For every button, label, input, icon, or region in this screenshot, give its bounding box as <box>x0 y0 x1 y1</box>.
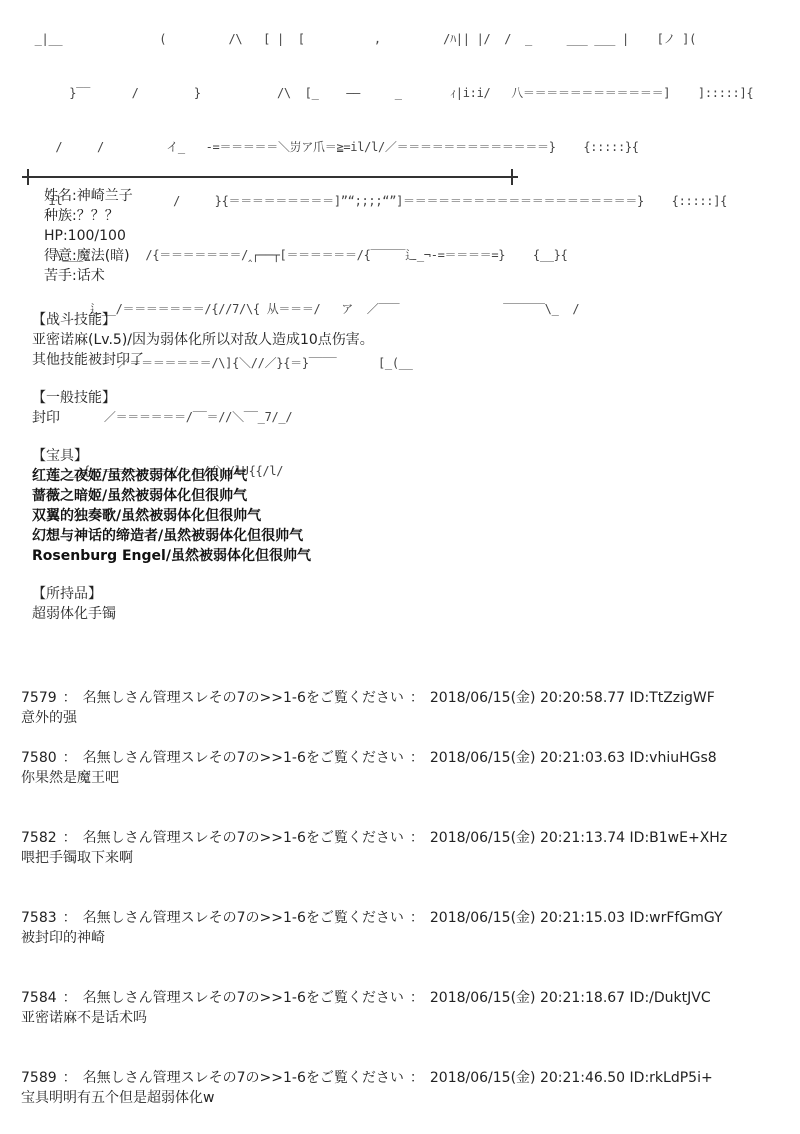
post: 7580：名無しさん管理スレその7の>>1-6をご覧ください：2018/06/1… <box>21 748 717 788</box>
post-id: ID:TtZzigWF <box>630 690 715 706</box>
post-id: ID:B1wE+XHz <box>630 830 728 846</box>
post-body: 你果然是魔王吧 <box>21 768 717 788</box>
post-author: 名無しさん管理スレその7の>>1-6をご覧ください <box>83 750 404 766</box>
post-datetime: 2018/06/15(金) 20:21:13.74 <box>430 830 625 846</box>
post-body: 被封印的神崎 <box>21 928 723 948</box>
section-title: 【战斗技能】 <box>32 310 800 330</box>
post-datetime: 2018/06/15(金) 20:21:18.67 <box>430 990 625 1006</box>
section-treasures: 【宝具】 红莲之夜姬/虽然被弱体化但很帅气 蔷薇之暗姬/虽然被弱体化但很帅气 双… <box>0 446 800 566</box>
post-id: ID:vhiuHGs8 <box>630 750 717 766</box>
post-number: 7580 <box>21 750 57 766</box>
ascii-art-line: / / イ_ -=＝＝＝＝＝＼岃ア爪＝≧=il/l/／＝＝＝＝＝＝＝＝＝＝＝＝＝… <box>0 138 540 156</box>
post-header: 7584：名無しさん管理スレその7の>>1-6をご覧ください：2018/06/1… <box>21 988 711 1008</box>
post: 7582：名無しさん管理スレその7の>>1-6をご覧ください：2018/06/1… <box>21 828 727 868</box>
post-author: 名無しさん管理スレその7の>>1-6をご覧ください <box>83 990 404 1006</box>
post-author: 名無しさん管理スレその7の>>1-6をご覧ください <box>83 1070 404 1086</box>
post-author: 名無しさん管理スレその7の>>1-6をご覧ください <box>83 690 404 706</box>
post-number: 7583 <box>21 910 57 926</box>
status-race: 种族:？？？ <box>0 206 800 226</box>
section-title: 【宝具】 <box>32 446 800 466</box>
treasure-item: 蔷薇之暗姬/虽然被弱体化但很帅气 <box>32 486 800 506</box>
section-title: 【一般技能】 <box>32 388 800 408</box>
post-number: 7582 <box>21 830 57 846</box>
section-line: 超弱体化手镯 <box>32 604 800 624</box>
post-datetime: 2018/06/15(金) 20:21:46.50 <box>430 1070 625 1086</box>
treasure-item: 幻想与神话的缔造者/虽然被弱体化但很帅气 <box>32 526 800 546</box>
post-body: 亚密诺麻不是话术吗 <box>21 1008 711 1028</box>
post-id: ID:wrFfGmGY <box>630 910 723 926</box>
treasure-item: 红莲之夜姬/虽然被弱体化但很帅气 <box>32 466 800 486</box>
post-header: 7580：名無しさん管理スレその7の>>1-6をご覧ください：2018/06/1… <box>21 748 717 768</box>
ascii-art-line: _|__ ( /\ [ | [ , /ﾊ|| |/ / _ ___ ___ | … <box>0 30 540 48</box>
post-author: 名無しさん管理スレその7の>>1-6をご覧ください <box>83 910 404 926</box>
post-datetime: 2018/06/15(金) 20:20:58.77 <box>430 690 625 706</box>
section-line: 亚密诺麻(Lv.5)/因为弱体化所以对敌人造成10点伤害。 <box>32 330 800 350</box>
spacer <box>0 566 800 584</box>
post-body: 喂把手镯取下来啊 <box>21 848 727 868</box>
post-body: 意外的强 <box>21 708 715 728</box>
post: 7584：名無しさん管理スレその7の>>1-6をご覧ください：2018/06/1… <box>21 988 711 1028</box>
post-header: 7582：名無しさん管理スレその7の>>1-6をご覧ください：2018/06/1… <box>21 828 727 848</box>
status-weakness: 苦手:话术 <box>0 266 800 286</box>
post: 7589：名無しさん管理スレその7の>>1-6をご覧ください：2018/06/1… <box>21 1068 713 1108</box>
post-number: 7584 <box>21 990 57 1006</box>
section-title: 【所持品】 <box>32 584 800 604</box>
section-line: 其他技能被封印了 <box>32 350 800 370</box>
status-sheet: 姓名:神崎兰子 种族:？？？ HP:100/100 得意:魔法(暗) 苦手:话术… <box>0 186 800 624</box>
treasure-item: 双翼的独奏歌/虽然被弱体化但很帅气 <box>32 506 800 526</box>
ascii-art-line: }‾‾ / } /\ [_ —— _ ｨ|i:i/ 八＝＝＝＝＝＝＝＝＝＝＝＝]… <box>0 84 540 102</box>
divider-tick-right <box>511 169 513 185</box>
spacer <box>0 370 800 388</box>
section-inventory: 【所持品】 超弱体化手镯 <box>0 584 800 624</box>
status-hp: HP:100/100 <box>0 226 800 246</box>
post-header: 7589：名無しさん管理スレその7の>>1-6をご覧ください：2018/06/1… <box>21 1068 713 1088</box>
post-body: 宝具明明有五个但是超弱体化w <box>21 1088 713 1108</box>
section-general-skills: 【一般技能】 封印 <box>0 388 800 428</box>
status-strength: 得意:魔法(暗) <box>0 246 800 266</box>
spacer <box>0 428 800 446</box>
post: 7579：名無しさん管理スレその7の>>1-6をご覧ください：2018/06/1… <box>21 688 715 728</box>
status-name: 姓名:神崎兰子 <box>0 186 800 206</box>
spacer <box>0 286 800 310</box>
divider-tick-left <box>27 169 29 185</box>
post: 7583：名無しさん管理スレその7の>>1-6をご覧ください：2018/06/1… <box>21 908 723 948</box>
post-header: 7579：名無しさん管理スレその7の>>1-6をご覧ください：2018/06/1… <box>21 688 715 708</box>
section-combat-skills: 【战斗技能】 亚密诺麻(Lv.5)/因为弱体化所以对敌人造成10点伤害。 其他技… <box>0 310 800 370</box>
status-divider <box>22 176 518 178</box>
post-id: ID:/DuktJVC <box>630 990 711 1006</box>
post-datetime: 2018/06/15(金) 20:21:03.63 <box>430 750 625 766</box>
post-id: ID:rkLdP5i+ <box>630 1070 713 1086</box>
post-number: 7579 <box>21 690 57 706</box>
treasure-item: Rosenburg Engel/虽然被弱体化但很帅气 <box>32 546 800 566</box>
section-line: 封印 <box>32 408 800 428</box>
post-header: 7583：名無しさん管理スレその7の>>1-6をご覧ください：2018/06/1… <box>21 908 723 928</box>
post-datetime: 2018/06/15(金) 20:21:15.03 <box>430 910 625 926</box>
post-number: 7589 <box>21 1070 57 1086</box>
post-author: 名無しさん管理スレその7の>>1-6をご覧ください <box>83 830 404 846</box>
